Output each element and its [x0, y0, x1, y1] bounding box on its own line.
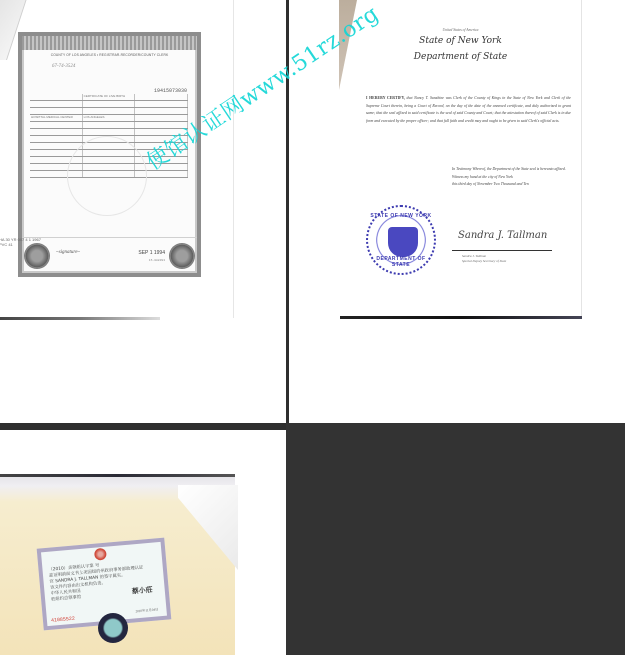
consul-signature: 蔡小莊 — [131, 585, 153, 597]
form-cell — [135, 122, 188, 128]
panel-chinese-authentication[interactable]: （2010）美领纽认字第 号兹证明前面文书上美国纽约州政府事务部助理认证官 SA… — [0, 430, 286, 655]
handwritten-number: 67-74-3524 — [52, 64, 75, 69]
form-row: CERTIFICATE OF LIVE BIRTH — [30, 94, 188, 101]
testimony-block: In Testimony Whereof, the Department of … — [452, 166, 572, 189]
testimony-line: Witness my hand at the city of New York — [452, 174, 572, 182]
signature: Sandra J. Tallman — [458, 230, 547, 241]
country-heading: United States of America — [340, 28, 581, 32]
panel-ny-authentication[interactable]: United States of America State of New Yo… — [289, 0, 625, 423]
state-title: State of New York — [340, 36, 581, 46]
scanned-page: United States of America State of New Yo… — [340, 0, 582, 317]
form-row: HOSPITAL MEDICAL CENTERLOS ANGELES — [30, 115, 188, 122]
form-row — [30, 108, 188, 115]
form-cell — [30, 108, 83, 114]
form-cell — [135, 150, 188, 156]
consulate-seal-icon — [98, 613, 128, 643]
form-cell — [135, 129, 188, 135]
signer-block: Sandra J. Tallman Special Deputy Secreta… — [462, 254, 506, 263]
certificate-footer: ~signature~ SEP 1 1994 15-088393 — [22, 237, 197, 273]
serial-number: 15-088393 — [149, 259, 165, 262]
form-cell — [135, 143, 188, 149]
testimony-line: this third day of November Two Thousand … — [452, 181, 572, 189]
form-cell — [30, 129, 83, 135]
registrar-signature: ~signature~ — [56, 250, 80, 255]
certificate-border-banner — [22, 36, 197, 50]
certificate-text: （2010）美领纽认字第 号兹证明前面文书上美国纽约州政府事务部助理认证官 SA… — [48, 558, 159, 603]
form-cell — [135, 115, 188, 121]
county-header: COUNTY OF LOS ANGELES • REGISTRAR-RECORD… — [22, 53, 197, 57]
state-seal-icon — [169, 243, 195, 269]
body-text: that Nancy T. Sunshine was Clerk of the … — [366, 96, 571, 123]
form-row — [30, 122, 188, 129]
coat-of-arms-icon — [388, 227, 418, 257]
form-cell: HOSPITAL MEDICAL CENTER — [30, 115, 83, 121]
form-cell — [83, 129, 136, 135]
edge-text: HA 30 YR 007 4 1 1967 PVC 41 — [0, 237, 41, 247]
edge-text-line: PVC 41 — [0, 242, 41, 247]
body-lead: I HEREBY CERTIFY, — [366, 96, 405, 100]
form-cell — [30, 94, 83, 100]
panel-birth-certificate[interactable]: COUNTY OF LOS ANGELES • REGISTRAR-RECORD… — [0, 0, 286, 423]
form-cell — [30, 122, 83, 128]
form-cell — [30, 143, 83, 149]
form-cell — [135, 108, 188, 114]
serial-number: 41085522 — [51, 616, 75, 624]
panel-empty — [286, 423, 625, 655]
watermark-seal — [67, 136, 147, 216]
birth-certificate: COUNTY OF LOS ANGELES • REGISTRAR-RECORD… — [18, 32, 201, 277]
form-cell — [30, 136, 83, 142]
testimony-line: In Testimony Whereof, the Department of … — [452, 166, 572, 174]
form-cell — [135, 136, 188, 142]
certificate-date: 2010年11月04日 — [135, 606, 158, 613]
form-cell: CERTIFICATE OF LIVE BIRTH — [83, 94, 136, 100]
seal-text-top: STATE OF NEW YORK — [368, 213, 434, 219]
ny-state-seal-icon: STATE OF NEW YORK DEPARTMENT OF STATE — [366, 205, 436, 275]
form-cell — [135, 101, 188, 107]
page-edge-shadow — [0, 317, 160, 320]
page-edge-shadow — [340, 316, 582, 319]
form-cell — [135, 94, 188, 100]
national-emblem-icon — [94, 548, 107, 561]
form-cell — [83, 108, 136, 114]
department-title: Department of State — [340, 52, 581, 62]
signature-line — [452, 250, 552, 251]
photo-edge — [0, 474, 235, 477]
form-row — [30, 129, 188, 136]
issue-date: SEP 1 1994 — [138, 250, 165, 256]
signer-title: Special Deputy Secretary of State — [462, 259, 506, 264]
form-cell — [83, 122, 136, 128]
form-cell — [83, 101, 136, 107]
seal-text-bottom: DEPARTMENT OF STATE — [368, 256, 434, 268]
certification-body: I HEREBY CERTIFY, that Nancy T. Sunshine… — [366, 95, 571, 126]
form-cell: LOS ANGELES — [83, 115, 136, 121]
form-cell — [30, 101, 83, 107]
form-row — [30, 101, 188, 108]
